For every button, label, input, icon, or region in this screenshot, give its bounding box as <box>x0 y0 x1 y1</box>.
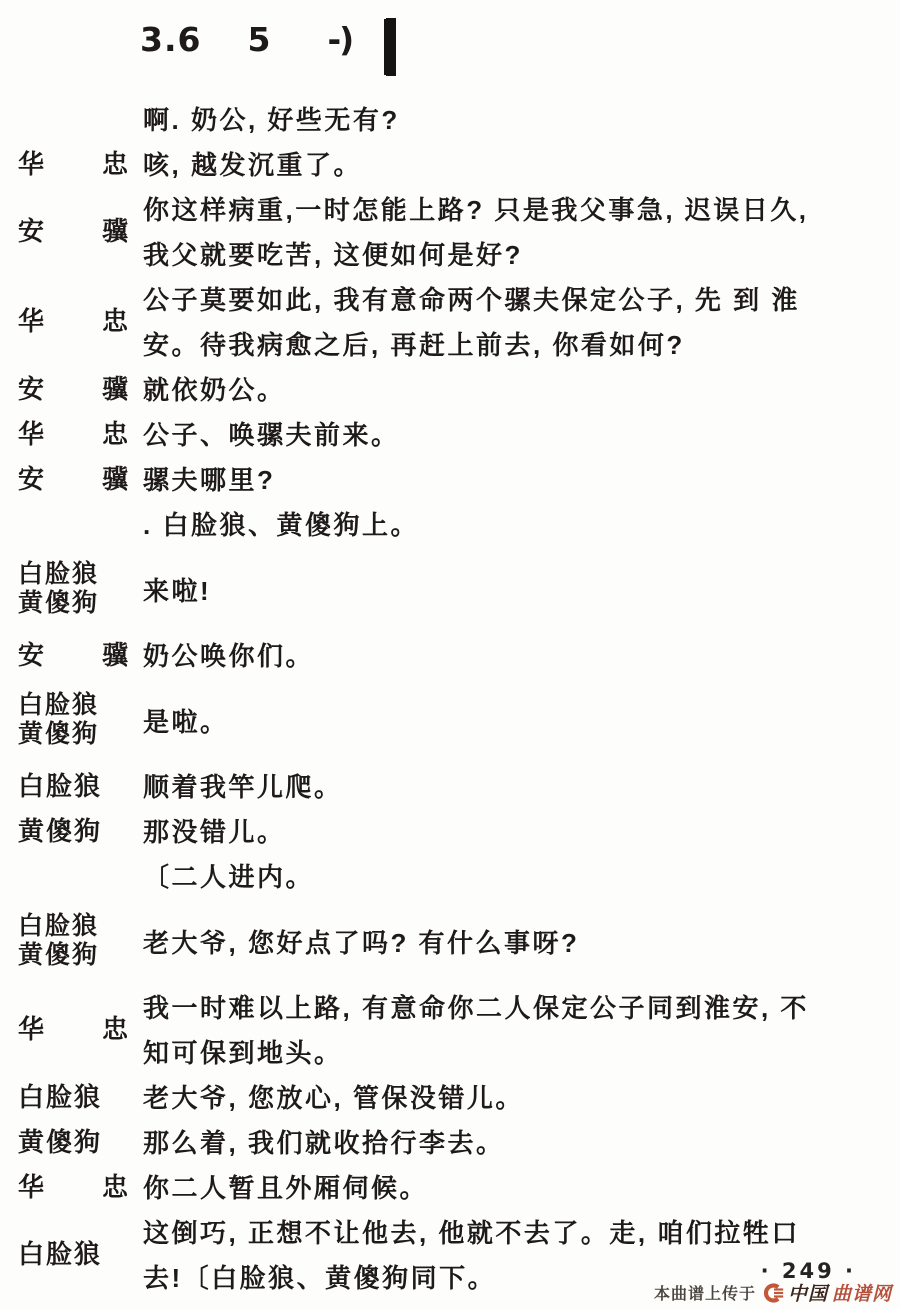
speaker-name: 黄傻狗 <box>0 1127 143 1157</box>
dialogue-entry: 安 骥骡夫哪里? <box>0 456 900 501</box>
speaker-name: 华 忠 <box>0 149 143 179</box>
speaker-name: 白脸狼黄傻狗 <box>0 912 143 970</box>
speaker-name: 白脸狼黄傻狗 <box>0 560 143 618</box>
dialogue-text: 你二人暂且外厢伺候。 <box>143 1164 900 1209</box>
dialogue-text: 那没错儿。 <box>143 808 900 853</box>
jianpu-notation-line: 3.6 5 -) <box>140 20 396 76</box>
dialogue-entry: 华 忠你二人暂且外厢伺候。 <box>0 1164 900 1209</box>
dialogue-text: 老大爷, 您好点了吗? 有什么事呀? <box>143 923 900 960</box>
dialogue-entry: 安 骥你这样病重,一时怎能上路? 只是我父事急, 迟误日久,我父就要吃苦, 这便… <box>0 186 900 276</box>
speaker-name: 华 忠 <box>0 1172 143 1202</box>
dialogue-entry: 安 骥就依奶公。 <box>0 366 900 411</box>
dialogue-entry: 华 忠公子、唤骡夫前来。 <box>0 411 900 456</box>
dialogue-text: 是啦。 <box>143 702 900 739</box>
watermark: 本曲谱上传于 中国 曲谱网 <box>654 1279 892 1306</box>
speaker-name: 白脸狼 <box>0 771 143 801</box>
watermark-brand-red: 曲谱网 <box>832 1279 892 1306</box>
watermark-prefix: 本曲谱上传于 <box>654 1281 756 1304</box>
speaker-name: 黄傻狗 <box>0 816 143 846</box>
dialogue-text: 骡夫哪里? <box>143 456 900 501</box>
scanned-script-page: 3.6 5 -) 啊. 奶公, 好些无有?华 忠咳, 越发沉重了。安 骥你这样病… <box>0 0 900 1309</box>
dialogue-entry: 黄傻狗那没错儿。 <box>0 808 900 853</box>
speaker-name: 安 骥 <box>0 464 143 494</box>
dialogue-entry: 白脸狼黄傻狗老大爷, 您好点了吗? 有什么事呀? <box>0 898 900 984</box>
stage-direction: 啊. 奶公, 好些无有? <box>0 96 900 141</box>
jianpu-note: 5 <box>247 20 271 59</box>
dialogue-text: 啊. 奶公, 好些无有? <box>143 96 900 141</box>
dialogue-entry: 白脸狼顺着我竿儿爬。 <box>0 763 900 808</box>
dialogue-text: . 白脸狼、黄傻狗上。 <box>143 501 900 546</box>
dialogue-text: 〔二人进内。 <box>143 853 900 898</box>
dialogue-entry: 白脸狼黄傻狗来啦! <box>0 546 900 632</box>
stage-direction: 〔二人进内。 <box>0 853 900 898</box>
dialogue-text: 那么着, 我们就收拾行李去。 <box>143 1119 900 1164</box>
dialogue-entry: 华 忠我一时难以上路, 有意命你二人保定公子同到淮安, 不知可保到地头。 <box>0 984 900 1074</box>
speaker-name: 华 忠 <box>0 419 143 449</box>
speaker-name: 安 骥 <box>0 374 143 404</box>
dialogue-entry: 白脸狼黄傻狗是啦。 <box>0 677 900 763</box>
dialogue-text: 咳, 越发沉重了。 <box>143 141 900 186</box>
dialogue-entry: 黄傻狗那么着, 我们就收拾行李去。 <box>0 1119 900 1164</box>
stage-direction: . 白脸狼、黄傻狗上。 <box>0 501 900 546</box>
dialogue-body: 啊. 奶公, 好些无有?华 忠咳, 越发沉重了。安 骥你这样病重,一时怎能上路?… <box>0 96 900 1299</box>
jianpu-phrase-end: -) <box>327 20 352 59</box>
speaker-name: 白脸狼 <box>0 1082 143 1112</box>
speaker-name: 华 忠 <box>0 1014 143 1044</box>
dialogue-text: 来啦! <box>143 571 900 608</box>
dialogue-text: 奶公唤你们。 <box>143 632 900 677</box>
dialogue-entry: 安 骥奶公唤你们。 <box>0 632 900 677</box>
jianpu-note: 3.6 <box>140 20 201 59</box>
speaker-name: 安 骥 <box>0 640 143 670</box>
dialogue-text: 你这样病重,一时怎能上路? 只是我父事急, 迟误日久,我父就要吃苦, 这便如何是… <box>143 186 900 276</box>
watermark-brand-dark: 中国 <box>788 1279 828 1306</box>
dialogue-entry: 华 忠咳, 越发沉重了。 <box>0 141 900 186</box>
terminal-barline-icon <box>386 18 396 76</box>
dialogue-text: 就依奶公。 <box>143 366 900 411</box>
qupu-site-logo-icon <box>764 1283 784 1303</box>
speaker-name: 白脸狼 <box>0 1239 143 1269</box>
dialogue-text: 公子、唤骡夫前来。 <box>143 411 900 456</box>
dialogue-text: 我一时难以上路, 有意命你二人保定公子同到淮安, 不知可保到地头。 <box>143 984 900 1074</box>
dialogue-entry: 白脸狼老大爷, 您放心, 管保没错儿。 <box>0 1074 900 1119</box>
dialogue-text: 顺着我竿儿爬。 <box>143 763 900 808</box>
dialogue-text: 公子莫要如此, 我有意命两个骡夫保定公子, 先 到 淮安。待我病愈之后, 再赶上… <box>143 276 900 366</box>
speaker-name: 白脸狼黄傻狗 <box>0 691 143 749</box>
dialogue-text: 老大爷, 您放心, 管保没错儿。 <box>143 1074 900 1119</box>
speaker-name: 华 忠 <box>0 306 143 336</box>
dialogue-entry: 华 忠公子莫要如此, 我有意命两个骡夫保定公子, 先 到 淮安。待我病愈之后, … <box>0 276 900 366</box>
speaker-name: 安 骥 <box>0 216 143 246</box>
